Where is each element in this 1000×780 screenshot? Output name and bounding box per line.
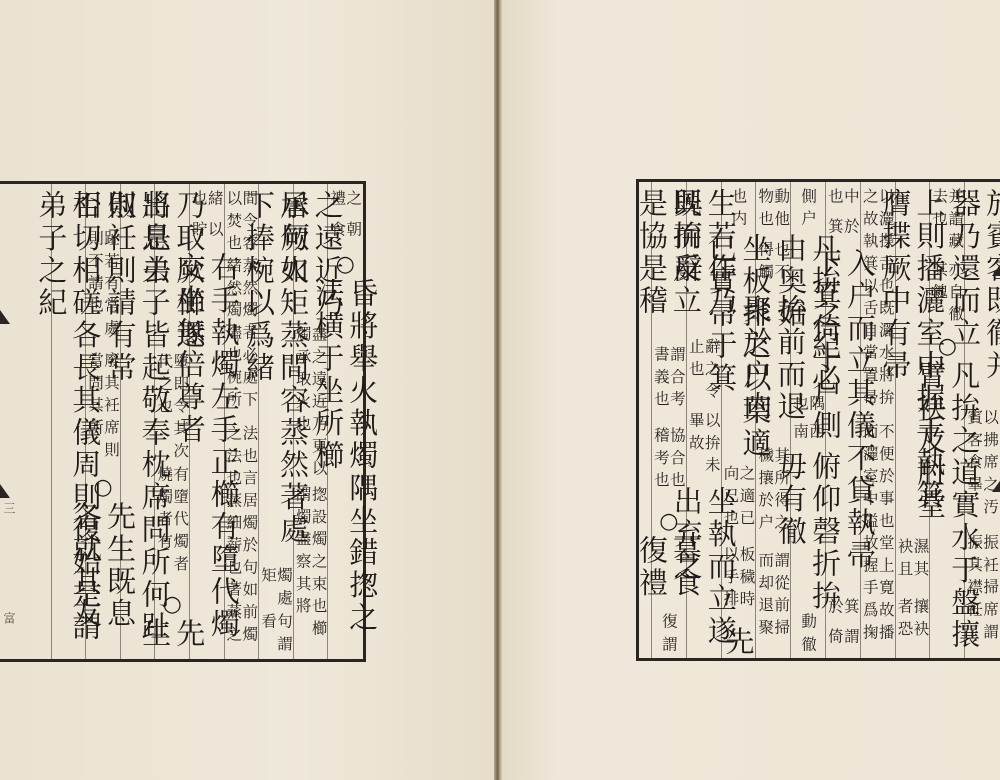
commentary-line: 謂合考書義也 — [653, 346, 685, 427]
main-text: 相切相磋各長其儀周則復始是謂弟子之紀 — [34, 190, 102, 659]
commentary-line: 謂倚 — [827, 628, 859, 658]
right-page-frame: 於賓客既徹并器乃還而立振衽掃席謂振其襟衽以拂席之汚賓客食畢亦自徹其餽并謂藏去也○… — [636, 179, 1000, 661]
commentary-line: 攘袂者恐 — [896, 598, 928, 658]
text-column: 相切相磋各長其儀周則復始是謂弟子之紀 — [51, 184, 86, 659]
commentary-text: 謂復 — [661, 613, 677, 658]
commentary-line: 協合也稽考也 — [653, 427, 685, 508]
commentary-line: 徹 — [800, 636, 816, 658]
commentary-line: 動 — [800, 613, 816, 635]
commentary-line: 中也 — [827, 188, 859, 218]
commentary-line: 辭之令止也 — [688, 338, 720, 412]
commentary-line: 謂從前掃而却退聚 — [757, 552, 789, 658]
commentary-line: 句謂看 — [260, 613, 292, 659]
commentary-text: 協合也稽考也謂合考書義也 — [653, 346, 685, 509]
commentary-text: 徹動 — [800, 613, 816, 658]
text-column: 既拚反立是協是稽協合也稽考也謂合考書義也○暮食復禮謂復 — [651, 182, 686, 658]
commentary-line: 側 — [800, 188, 816, 210]
commentary-line: 濕其袂且 — [896, 538, 928, 598]
left-page-frame: 朝食之禮○昏將舉火執燭隅坐錯揔之法横于坐所櫛之遠近乃承厥火揔設燭之束也櫛謂燭盡察… — [0, 181, 366, 662]
commentary-line: 户 — [800, 210, 816, 232]
commentary-text: 以拚未畢故辭之令止也 — [688, 338, 720, 486]
main-text: 暮食復禮 — [635, 535, 703, 614]
text-column: 居句如矩蒸間容蒸然著處下捧椀以爲緒句謂看燭處矩 — [258, 184, 293, 659]
text-column: 上則播灑室中握手執箕膺揲厥中有帚攘袂者恐濕其袂且 — [895, 182, 930, 658]
left-page: 朝食之禮○昏將舉火執燭隅坐錯揔之法横于坐所櫛之遠近乃承厥火揔設燭之束也櫛謂燭盡察… — [0, 0, 496, 780]
main-text: 既拚反立是協是稽 — [635, 188, 703, 346]
commentary-line: 燭處矩 — [260, 567, 292, 613]
commentary-line: 以拚未畢故 — [688, 412, 720, 486]
commentary-text: 攘袂者恐濕其袂且 — [896, 538, 928, 658]
section-circle-mark: ○ — [659, 509, 678, 535]
edge-label-volume: 三 — [1, 502, 18, 514]
commentary-line: 謂 — [661, 636, 677, 658]
commentary-text: 謂從前掃而却退聚其所得之穢攘於户 — [757, 447, 789, 658]
commentary-text: 句謂看燭處矩 — [260, 567, 292, 659]
commentary-line: 復 — [661, 613, 677, 635]
edge-label-char: 富 — [1, 612, 18, 624]
book-gutter — [494, 0, 502, 780]
commentary-text: 户側 — [800, 188, 816, 233]
